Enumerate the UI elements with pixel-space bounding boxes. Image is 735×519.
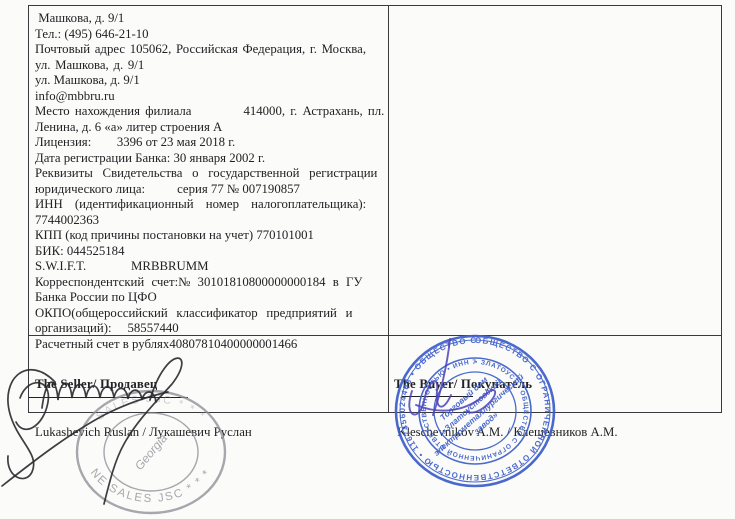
bank-details-line: info@mbbru.ru [35,89,385,105]
bank-details-line: Дата регистрации Банка: 30 января 2002 г… [35,151,385,167]
bank-details-line: 7744002363 [35,213,385,229]
bank-details-line: Реквизиты Свидетельства о государственно… [35,166,385,182]
bank-details-line: Машкова, д. 9/1 [35,11,385,27]
bank-details-line: Почтовый адрес 105062, Российская Федера… [35,42,385,73]
bank-details-line: S.W.I.F.T. MRBBRUMM [35,259,385,275]
seller-signature [0,336,240,519]
bank-details-line: юридического лица: серия 77 № 007190857 [35,182,385,198]
bank-details-line: Лицензия: 3396 от 23 мая 2018 г. [35,135,385,151]
signature-stroke [42,382,156,408]
signature-stroke [2,392,168,486]
bank-details-line: ул. Машкова, д. 9/1 [35,73,385,89]
buyer-signature [398,333,513,433]
bank-details-line: ОКПО(общероссийский классификатор предпр… [35,306,385,322]
bank-details-line: Корреспондентский счет:№ 301018108000000… [35,275,385,291]
bank-details-line: Ленина, д. 6 «а» литер строения А [35,120,385,136]
signature-stroke [416,390,495,412]
scanned-contract-page: Машкова, д. 9/1 Тел.: (495) 646-21-10 По… [0,0,735,519]
table-vertical-divider [388,6,389,412]
signature-stroke [16,383,48,430]
signature-stroke [433,339,450,415]
bank-details-line: Банка России по ЦФО [35,290,385,306]
bank-details-line: БИК: 044525184 [35,244,385,260]
bank-details-line: ИНН (идентификационный номер налогоплате… [35,197,385,213]
bank-details-line: организаций): 58557440 [35,321,385,337]
bank-details-cell: Машкова, д. 9/1 Тел.: (495) 646-21-10 По… [35,11,385,352]
bank-details-line: Место нахождения филиала 414000, г. Астр… [35,104,385,120]
empty-right-cell [390,6,721,335]
bank-details-line: КПП (код причины постановки на учет) 770… [35,228,385,244]
bank-details-line: Тел.: (495) 646-21-10 [35,27,385,43]
signature-stroke [104,358,182,504]
